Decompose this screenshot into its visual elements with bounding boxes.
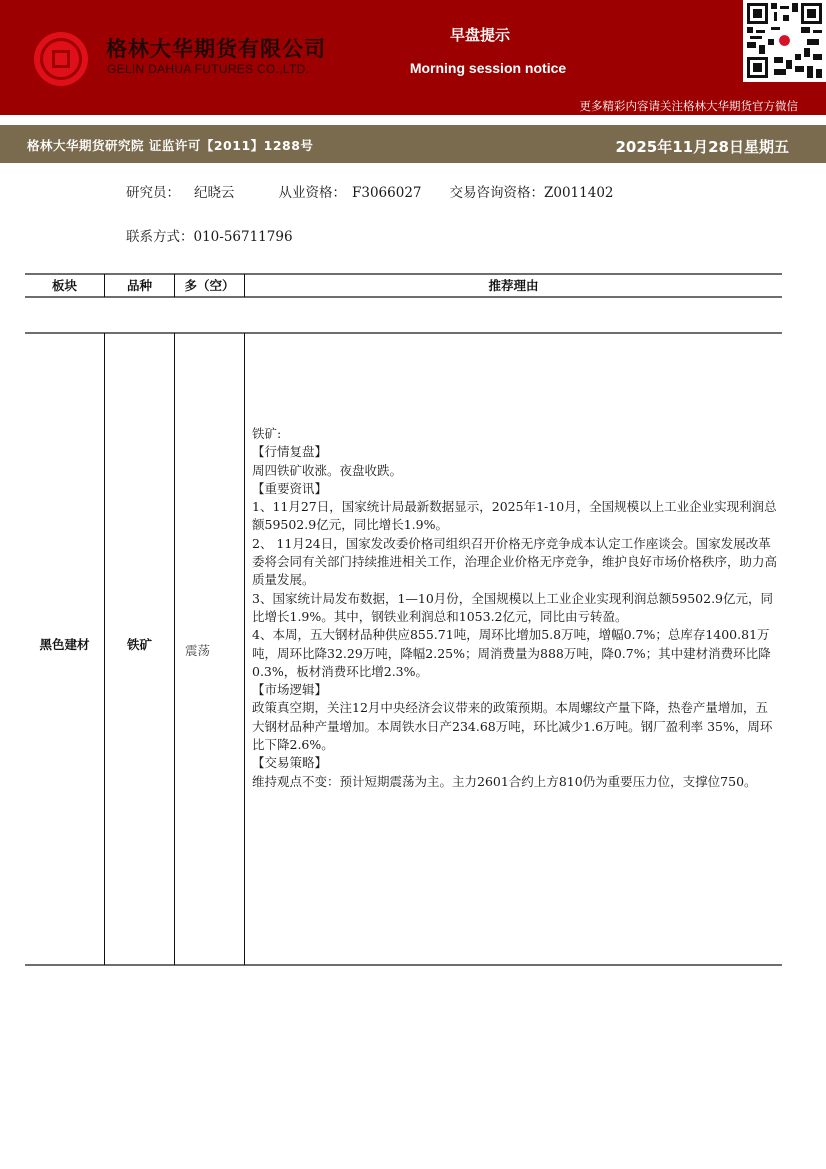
table-header-rule [25, 296, 782, 298]
reason-line: 铁矿: [252, 425, 780, 443]
section-heading: 【重要资讯】 [252, 480, 780, 498]
reason-line: 2、 11月24日，国家发改委价格司组织召开价格无序竞争成本认定工作座谈会。国家… [252, 535, 780, 590]
report-date: 2025年11月28日星期五 [616, 136, 790, 157]
column-header-variety: 品种 [105, 276, 174, 296]
company-name-cn: 格林大华期货有限公司 [106, 33, 326, 63]
qr-code-icon [743, 0, 826, 82]
consult-label: 交易咨询资格： [450, 181, 545, 201]
column-header-reason: 推荐理由 [245, 276, 782, 296]
institute-license: 格林大华期货研究院 证监许可【2011】1288号 [27, 136, 313, 154]
section-heading: 【交易策略】 [252, 754, 780, 772]
contact-line: 联系方式：010-56711796 [126, 225, 293, 245]
follow-wechat-text: 更多精彩内容请关注格林大华期货官方微信 [580, 98, 799, 114]
section-heading: 【行情复盘】 [252, 443, 780, 461]
table-bottom-rule [25, 964, 782, 966]
researcher-name: 纪晓云 [194, 181, 235, 201]
consult-number: Z0011402 [544, 185, 614, 201]
report-title-en: Morning session notice [400, 60, 576, 76]
contact-label: 联系方式： [126, 225, 194, 245]
cell-variety: 铁矿 [105, 635, 174, 653]
reason-line: 4、本周，五大钢材品种供应855.71吨，周环比增加5.8万吨，增幅0.7%；总… [252, 626, 780, 681]
qualification-number: F3066027 [352, 185, 422, 201]
column-header-sector: 板块 [25, 276, 104, 296]
header-band: 格林大华期货有限公司 GELIN DAHUA FUTURES CO.,LTD. … [0, 0, 826, 115]
company-logo-icon [34, 32, 88, 86]
table-row-rule [25, 332, 782, 334]
section-heading: 【市场逻辑】 [252, 681, 780, 699]
contact-number: 010-56711796 [194, 229, 293, 245]
reason-line: 1、11月27日，国家统计局最新数据显示，2025年1-10月，全国规模以上工业… [252, 498, 780, 535]
column-divider [244, 333, 245, 965]
reason-line: 维持观点不变：预计短期震荡为主。主力2601合约上方810仍为重要压力位，支撑位… [252, 773, 780, 791]
researcher-label: 研究员： [126, 181, 180, 201]
column-header-direction: 多（空） [175, 276, 244, 296]
company-name-en: GELIN DAHUA FUTURES CO.,LTD. [107, 62, 309, 76]
qualification-label: 从业资格： [279, 181, 347, 201]
table-top-rule [25, 273, 782, 275]
reason-line: 政策真空期，关注12月中央经济会议带来的政策预期。本周螺纹产量下降，热卷产量增加… [252, 699, 780, 754]
cell-reason: 铁矿: 【行情复盘】 周四铁矿收涨。夜盘收跌。 【重要资讯】 1、11月27日，… [252, 425, 780, 791]
author-info-line: 研究员：纪晓云从业资格：F3066027交易咨询资格：Z0011402 [126, 181, 614, 201]
reason-line: 周四铁矿收涨。夜盘收跌。 [252, 462, 780, 480]
reason-line: 3、国家统计局发布数据，1—10月份，全国规模以上工业企业实现利润总额59502… [252, 590, 780, 627]
report-title-cn: 早盘提示 [440, 24, 520, 45]
cell-direction: 震荡 [175, 641, 220, 659]
cell-sector: 黑色建材 [25, 635, 104, 653]
